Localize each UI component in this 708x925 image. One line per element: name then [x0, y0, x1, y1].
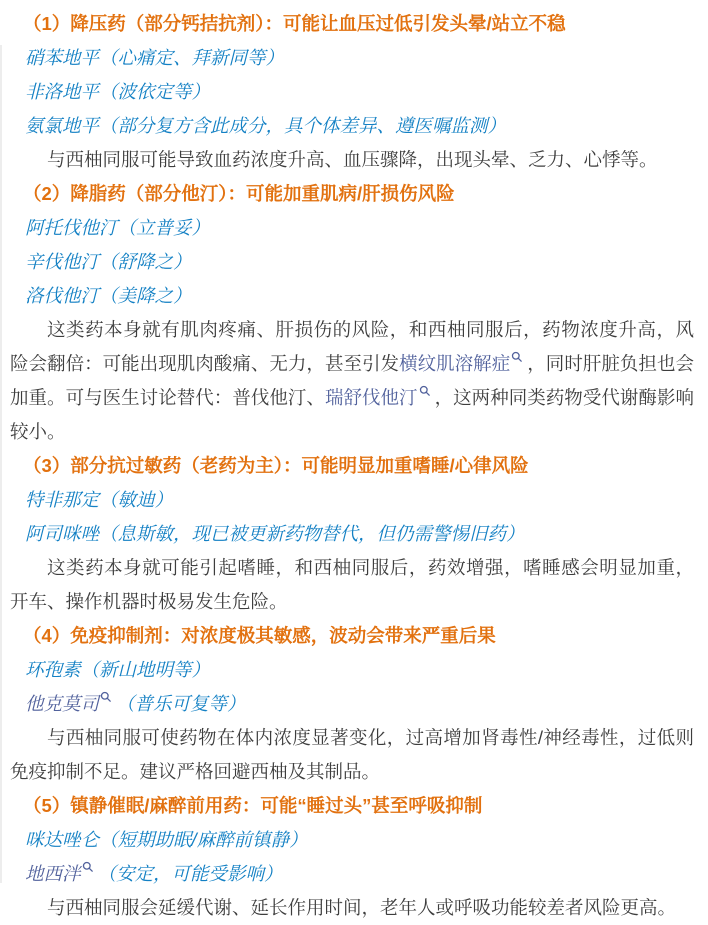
- entity-link-label[interactable]: 地西泮: [25, 863, 81, 884]
- paragraph-text: 与西柚同服可使药物在体内浓度显著变化，过高增加肾毒性/神经毒性，过低则免疫抑制不…: [10, 727, 694, 782]
- paragraph-text: 与西柚同服会延缓代谢、延长作用时间，老年人或呼吸功能较差者风险更高。: [47, 897, 676, 918]
- section-paragraph: 这类药本身就有肌肉疼痛、肝损伤的风险，和西柚同服后，药物浓度升高，风险会翻倍：可…: [10, 313, 694, 449]
- drug-section: （1）降压药（部分钙拮抗剂）：可能让血压过低引发头晕/站立不稳硝苯地平（心痛定、…: [10, 7, 694, 177]
- search-icon[interactable]: [511, 351, 523, 363]
- section-heading: （4）免疫抑制剂：对浓度极其敏感，波动会带来严重后果: [10, 619, 694, 653]
- section-heading: （1）降压药（部分钙拮抗剂）：可能让血压过低引发头晕/站立不稳: [10, 7, 694, 41]
- drug-name-text: 洛伐他汀（美降之）: [25, 285, 192, 306]
- section-heading: （5）镇静催眠/麻醉前用药：可能“睡过头”甚至呼吸抑制: [10, 789, 694, 823]
- drug-name-text: 辛伐他汀（舒降之）: [25, 251, 192, 272]
- search-icon[interactable]: [100, 691, 112, 703]
- drug-name-text: （安定，可能受影响）: [98, 863, 283, 884]
- paragraph-text: 这类药本身就可能引起嗜睡，和西柚同服后，药效增强，嗜睡感会明显加重，开车、操作机…: [10, 557, 694, 612]
- drug-section: （5）镇静催眠/麻醉前用药：可能“睡过头”甚至呼吸抑制咪达唑仑（短期助眠/麻醉前…: [10, 789, 694, 925]
- entity-link-label[interactable]: 横纹肌溶解症: [399, 353, 510, 374]
- drug-name-line: 阿托伐他汀（立普妥）: [10, 211, 694, 245]
- drug-name-line: 环孢素（新山地明等）: [10, 653, 694, 687]
- section-paragraph: 这类药本身就可能引起嗜睡，和西柚同服后，药效增强，嗜睡感会明显加重，开车、操作机…: [10, 551, 694, 619]
- entity-link-label[interactable]: 他克莫司: [25, 693, 99, 714]
- drug-name-line: 咪达唑仑（短期助眠/麻醉前镇静）: [10, 823, 694, 857]
- drug-name-text: 咪达唑仑（短期助眠/麻醉前镇静）: [25, 829, 308, 850]
- drug-name-line: 阿司咪唑（息斯敏，现已被更新药物替代，但仍需警惕旧药）: [10, 517, 694, 551]
- drug-name-text: 阿司咪唑（息斯敏，现已被更新药物替代，但仍需警惕旧药）: [25, 523, 525, 544]
- section-paragraph: 与西柚同服可使药物在体内浓度显著变化，过高增加肾毒性/神经毒性，过低则免疫抑制不…: [10, 721, 694, 789]
- drug-name-line: 他克莫司（普乐可复等）: [10, 687, 694, 721]
- drug-name-text: 特非那定（敏迪）: [25, 489, 173, 510]
- entity-link-label[interactable]: 瑞舒伐他汀: [325, 387, 418, 408]
- drug-name-line: 洛伐他汀（美降之）: [10, 279, 694, 313]
- drug-name-line: 特非那定（敏迪）: [10, 483, 694, 517]
- drug-name-line: 非洛地平（波依定等）: [10, 75, 694, 109]
- drug-section: （4）免疫抑制剂：对浓度极其敏感，波动会带来严重后果环孢素（新山地明等）他克莫司…: [10, 619, 694, 789]
- section-heading: （3）部分抗过敏药（老药为主）：可能明显加重嗜睡/心律风险: [10, 449, 694, 483]
- section-paragraph: 与西柚同服会延缓代谢、延长作用时间，老年人或呼吸功能较差者风险更高。: [10, 891, 694, 925]
- entity-link[interactable]: 地西泮: [25, 863, 98, 884]
- paragraph-text: 与西柚同服可能导致血药浓度升高、血压骤降，出现头晕、乏力、心悸等。: [47, 149, 658, 170]
- drug-name-text: 阿托伐他汀（立普妥）: [25, 217, 210, 238]
- search-icon[interactable]: [82, 861, 94, 873]
- drug-section: （3）部分抗过敏药（老药为主）：可能明显加重嗜睡/心律风险特非那定（敏迪）阿司咪…: [10, 449, 694, 619]
- entity-link[interactable]: 他克莫司: [25, 693, 116, 714]
- drug-section: （2）降脂药（部分他汀）：可能加重肌病/肝损伤风险阿托伐他汀（立普妥）辛伐他汀（…: [10, 177, 694, 449]
- drug-name-text: 非洛地平（波依定等）: [25, 81, 210, 102]
- section-heading: （2）降脂药（部分他汀）：可能加重肌病/肝损伤风险: [10, 177, 694, 211]
- drug-name-line: 辛伐他汀（舒降之）: [10, 245, 694, 279]
- entity-link[interactable]: 横纹肌溶解症: [399, 353, 527, 374]
- drug-name-line: 硝苯地平（心痛定、拜新同等）: [10, 41, 694, 75]
- drug-name-text: （普乐可复等）: [116, 693, 246, 714]
- drug-name-text: 环孢素（新山地明等）: [25, 659, 210, 680]
- entity-link[interactable]: 瑞舒伐他汀: [325, 387, 435, 408]
- drug-name-text: 氨氯地平（部分复方含此成分，具个体差异、遵医嘱监测）: [25, 115, 506, 136]
- drug-name-text: 硝苯地平（心痛定、拜新同等）: [25, 47, 284, 68]
- section-paragraph: 与西柚同服可能导致血药浓度升高、血压骤降，出现头晕、乏力、心悸等。: [10, 143, 694, 177]
- page-edge-strip: [0, 45, 2, 883]
- search-icon[interactable]: [419, 385, 431, 397]
- drug-interaction-article: （1）降压药（部分钙拮抗剂）：可能让血压过低引发头晕/站立不稳硝苯地平（心痛定、…: [0, 0, 708, 925]
- drug-name-line: 氨氯地平（部分复方含此成分，具个体差异、遵医嘱监测）: [10, 109, 694, 143]
- drug-name-line: 地西泮（安定，可能受影响）: [10, 857, 694, 891]
